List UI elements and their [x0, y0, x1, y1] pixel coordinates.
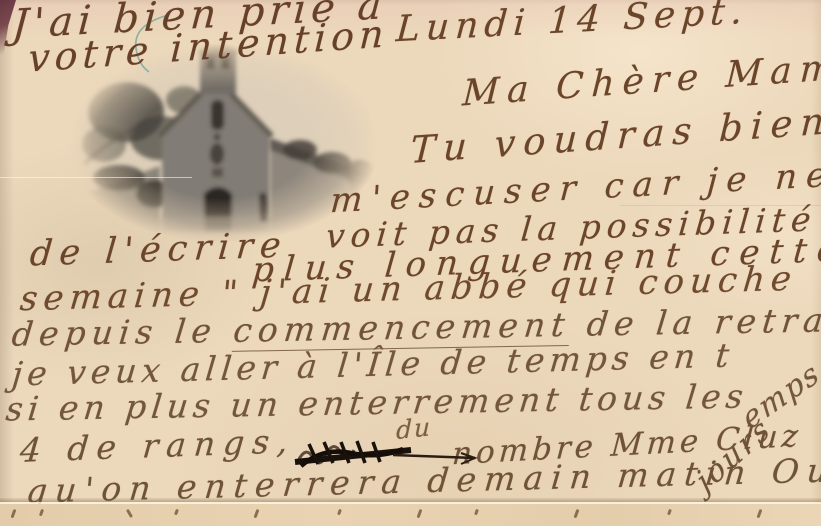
handwriting-segment: depuis le	[10, 311, 236, 354]
paper-crease-line	[0, 177, 192, 178]
pen-stroke-tip	[39, 509, 44, 516]
pen-stroke-tip	[667, 509, 671, 515]
postcard-paper: J'ai bien prié a votre intention Lundi 1…	[0, 0, 821, 526]
pen-stroke-tip	[126, 509, 133, 518]
pen-stroke-tip	[11, 509, 16, 518]
handwriting-line: 4 de rangs,	[18, 421, 297, 470]
ink-scribble-strikethrough	[293, 437, 478, 471]
pen-stroke-tip	[254, 509, 259, 518]
handwriting-line: de l'écrire	[28, 225, 289, 274]
pen-stroke-tip	[757, 509, 762, 518]
pen-stroke-tip	[174, 509, 178, 515]
date-line: Lundi 14 Sept.	[395, 0, 750, 50]
cut-off-writing-strip	[0, 504, 821, 526]
postcard-scan: J'ai bien prié a votre intention Lundi 1…	[0, 0, 821, 526]
pen-stroke-tip	[337, 509, 341, 515]
small-figure	[260, 200, 267, 222]
pen-stroke-tip	[474, 509, 478, 515]
pen-stroke-tip	[574, 509, 579, 518]
pen-stroke-tip	[417, 509, 422, 518]
